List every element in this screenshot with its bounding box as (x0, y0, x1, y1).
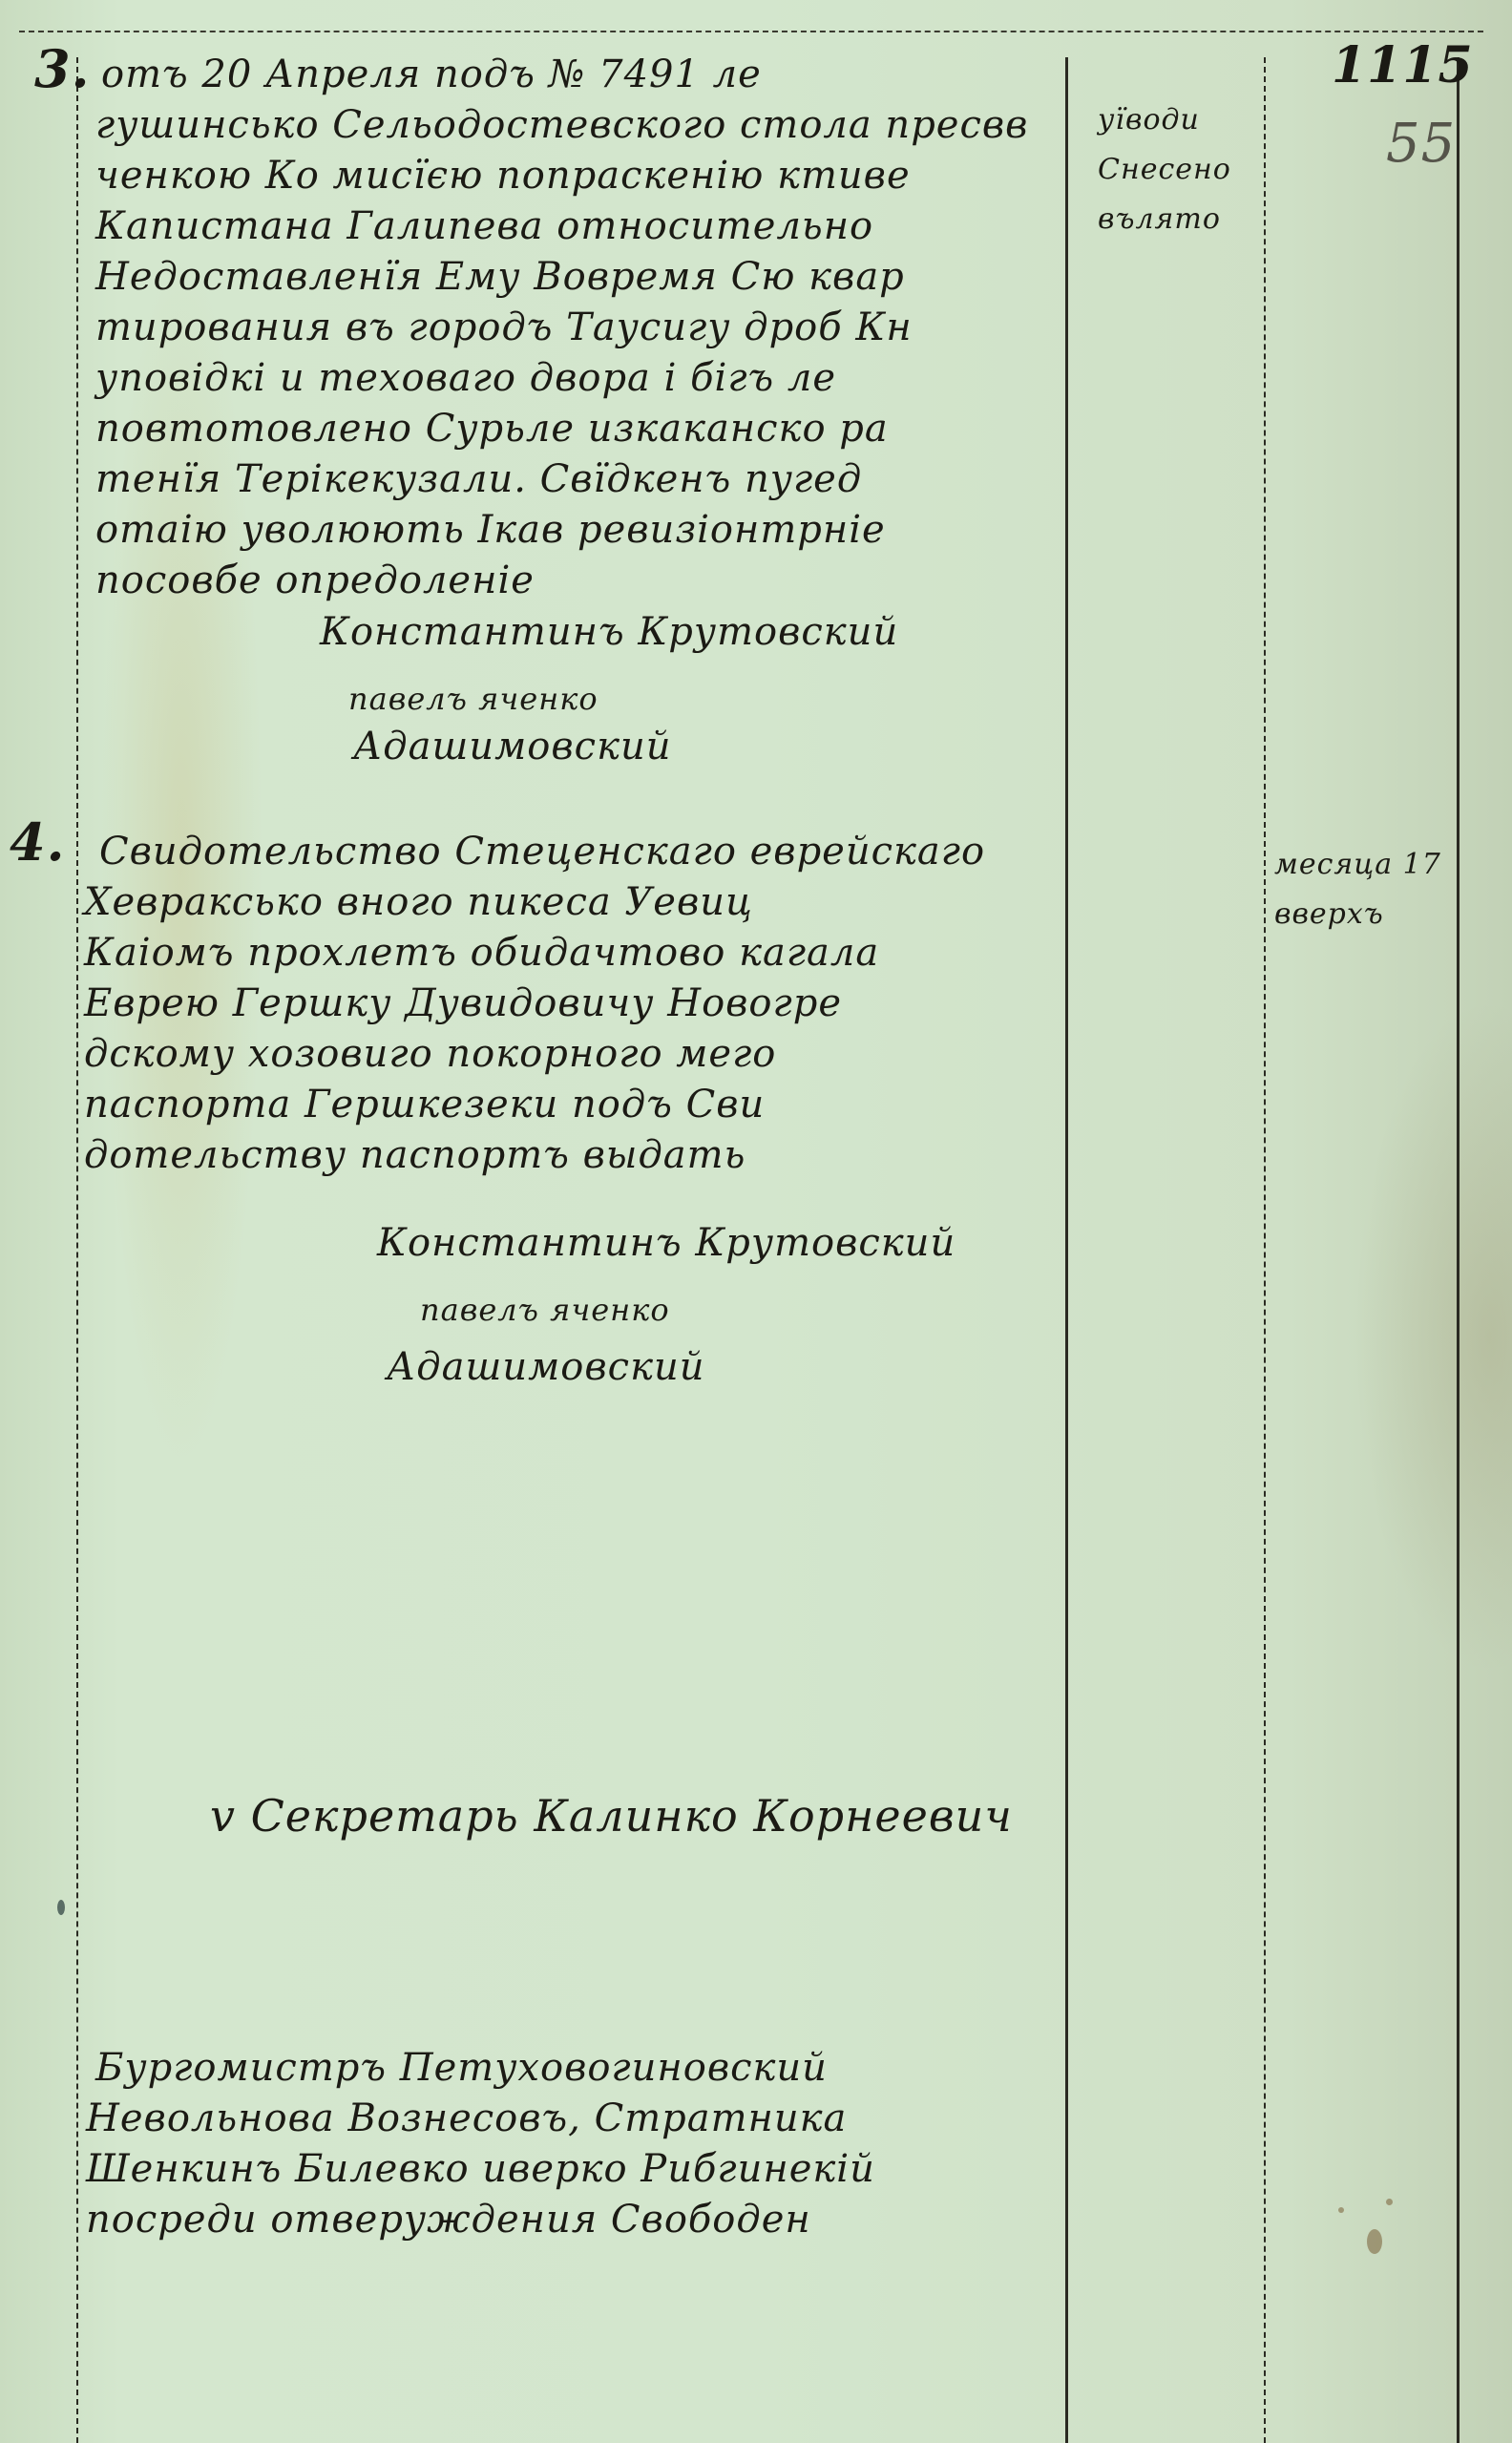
entry-number-column-rule (76, 57, 78, 2443)
folio-pencil-number: 55 (1386, 113, 1456, 175)
entry-text: отъ 20 Апреля подъ № 7491 ле гушинсько С… (95, 50, 1028, 606)
entry-line: Бургомистръ Петуховогиновский (86, 2043, 875, 2094)
entry-line: Свидотельство Стеценскаго еврейскаго (84, 827, 985, 877)
entry-line: Капистана Галипева относительно (95, 201, 1028, 252)
entry-line: тирования въ городъ Таусигу дроб Кн (95, 303, 1028, 353)
signature: Адашимовский (387, 1337, 704, 1398)
entry-note: уїводи Снесено вълято (1098, 95, 1231, 244)
note-line: вверхъ (1274, 890, 1441, 939)
paper-stain (1338, 2207, 1344, 2213)
top-rule (19, 31, 1483, 32)
note-line: уїводи (1098, 95, 1231, 145)
entry-line: уповідкі и теховаго двора і бігъ ле (95, 353, 1028, 404)
text-column-rule (1065, 57, 1068, 2443)
entry-line: ченкою Ко мисїєю попраскенію ктиве (95, 151, 1028, 201)
entry-line: тенїя Терікекузали. Свїдкенъ пугед (95, 454, 1028, 505)
entry-line: отаію уволюють Ікав ревизіонтрніе (95, 505, 1028, 556)
signature: Константинъ Крутовский (377, 1212, 955, 1274)
notes-column-rule (1264, 57, 1266, 2443)
entry-line: Шенкинъ Билевко иверко Рибгинекій (86, 2144, 875, 2195)
entry-line: Еврею Гершку Дувидовичу Новогре (84, 979, 985, 1029)
entry-line: гушинсько Сельодостевского стола пресвв (95, 100, 1028, 151)
entry-line: дскому хозовиго покорного мего (84, 1029, 985, 1080)
folio-number: 1115 (1332, 36, 1474, 95)
entry-line: Хевраксько вного пикеса Уевиц (84, 877, 985, 928)
entry-line: паспорта Гершкезеки подъ Сви (84, 1080, 985, 1130)
note-line: Снесено (1098, 145, 1231, 195)
paper-stain (1367, 2229, 1382, 2254)
entry-line: Недоставленїя Ему Вовремя Сю квар (95, 252, 1028, 303)
ledger-page: 1115 55 3. отъ 20 Апреля подъ № 7491 ле … (0, 0, 1512, 2443)
entry-number: 4. (10, 811, 65, 873)
entry-number: 3. (34, 38, 90, 99)
entry-line: повтотовлено Сурьле изкаканско ра (95, 404, 1028, 454)
signature: Константинъ Крутовский (320, 601, 898, 663)
entry-line: посовбе опредоленіе (95, 556, 1028, 606)
entry-text: Свидотельство Стеценскаго еврейскаго Хев… (84, 827, 985, 1181)
paper-stain (57, 1900, 65, 1915)
entry-text: Бургомистръ Петуховогиновский Невольнова… (86, 2043, 875, 2245)
paper-stain (1386, 2199, 1393, 2205)
entry-line: дотельству паспортъ выдать (84, 1130, 985, 1181)
note-line: месяца 17 (1274, 840, 1441, 890)
signature: Адашимовский (353, 716, 671, 777)
entry-note: месяца 17 вверхъ (1274, 840, 1441, 939)
signature: павелъ яченко (420, 1279, 670, 1340)
secretary-signature: v Секретарь Калинко Корнеевич (210, 1785, 1013, 1846)
note-line: вълято (1098, 195, 1231, 244)
entry-line: Невольнова Вознесовъ, Стратника (86, 2094, 875, 2144)
entry-line: отъ 20 Апреля подъ № 7491 ле (95, 50, 1028, 100)
entry-line: Каіомъ прохлетъ обидачтово кагала (84, 928, 985, 979)
entry-line: посреди отверуждения Свободен (86, 2195, 875, 2245)
folio-column-rule (1457, 57, 1459, 2443)
